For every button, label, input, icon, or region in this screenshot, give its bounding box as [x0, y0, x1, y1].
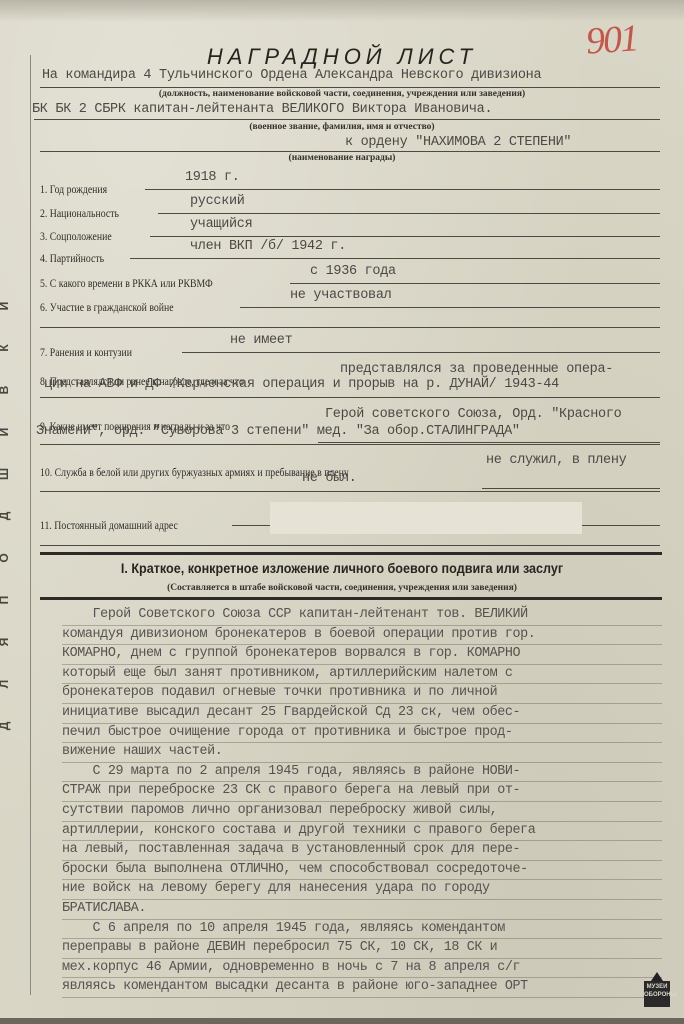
- narrative-line: ние войск на левому берегу для нанесения…: [62, 880, 662, 900]
- rule: [182, 352, 660, 353]
- field-value-continued: не был.: [302, 471, 357, 486]
- section-divider: [40, 552, 662, 555]
- museum-logo-text: МУЗЕИ ОБОРОНЫ: [644, 981, 670, 1007]
- museum-dome-icon: [651, 972, 663, 981]
- rule: [158, 213, 660, 214]
- narrative-line: командуя дивизионом бронекатеров в боево…: [62, 626, 662, 646]
- rule: [240, 307, 660, 308]
- field-value: с 1936 года: [310, 264, 396, 279]
- field-value: Герой советского Союза, Орд. "Красного: [325, 407, 621, 422]
- rule: [40, 545, 660, 546]
- field-label: 1. Год рождения: [40, 184, 107, 196]
- document-title: НАГРАДНОЙ ЛИСТ: [0, 44, 684, 70]
- field-label: 5. С какого времени в РККА или РКВМФ: [40, 278, 213, 290]
- narrative-line: броски была выполнена ОТЛИЧНО, чем спосо…: [62, 861, 662, 881]
- narrative-line: Герой Советского Союза ССР капитан-лейте…: [62, 606, 662, 626]
- field-label: 7. Ранения и контузии: [40, 347, 132, 359]
- field-label: 4. Партийность: [40, 253, 104, 265]
- field-label: 3. Соцположение: [40, 231, 112, 243]
- award-caption: (наименование награды): [0, 153, 684, 163]
- name-line: БК БК 2 СБРК капитан-лейтенанта ВЕЛИКОГО…: [32, 102, 492, 117]
- margin-letter: И: [0, 296, 39, 316]
- field-value-continued: ции на АВФ и ДФ /Керченская операция и п…: [44, 377, 559, 392]
- award-line: к ордену "НАХИМОВА 2 СТЕПЕНИ": [345, 135, 571, 150]
- page-bottom-edge: [0, 1018, 684, 1024]
- margin-letter: П: [0, 590, 39, 610]
- rule: [482, 488, 660, 489]
- margin-letter: Ш: [0, 464, 39, 484]
- narrative-line: КОМАРНО, днем с группой бронекатеров вор…: [62, 645, 662, 665]
- margin-letter: И: [0, 422, 39, 442]
- field-value: не участвовал: [290, 288, 391, 303]
- narrative-line: мех.корпус 46 Армии, одновременно в ночь…: [62, 959, 662, 979]
- narrative-line: С 6 апреля по 10 апреля 1945 года, являя…: [62, 920, 662, 940]
- margin-letter: Л: [0, 674, 39, 694]
- narrative-line: С 29 марта по 2 апреля 1945 года, являяс…: [62, 763, 662, 783]
- field-value: учащийся: [190, 217, 252, 232]
- narrative-line: СТРАЖ при переброске 23 СК с правого бер…: [62, 782, 662, 802]
- field-value: не имеет: [230, 333, 292, 348]
- museum-logo: МУЗЕИ ОБОРОНЫ: [640, 972, 674, 1016]
- margin-letter: К: [0, 338, 39, 358]
- margin-letter: Я: [0, 632, 39, 652]
- rule: [40, 327, 660, 328]
- rule: [150, 236, 660, 237]
- rule: [290, 283, 660, 284]
- rule: [40, 444, 660, 445]
- narrative-line: бронекатеров подавил огневые точки проти…: [62, 684, 662, 704]
- narrative-line: переправы в районе ДЕВИН перебросил 75 С…: [62, 939, 662, 959]
- narrative-line: инициативе высадил десант 25 Гвардейской…: [62, 704, 662, 724]
- narrative-line: являясь комендантом высадки десанта в ра…: [62, 978, 662, 998]
- name-caption: (военное звание, фамилия, имя и отчество…: [0, 122, 684, 132]
- margin-letter: В: [0, 380, 39, 400]
- rule: [318, 442, 660, 443]
- rule: [40, 87, 660, 88]
- rule: [40, 491, 660, 492]
- narrative-line: вижение наших частей.: [62, 743, 662, 763]
- rule: [40, 397, 660, 398]
- narrative-line: БРАТИСЛАВА.: [62, 900, 662, 920]
- redacted-address: [270, 502, 582, 534]
- field-label: 6. Участие в гражданской войне: [40, 302, 174, 314]
- margin-letter: Д: [0, 506, 39, 526]
- field-value: не служил, в плену: [486, 453, 626, 468]
- narrative-line: который еще был занят противником, артил…: [62, 665, 662, 685]
- field-label: 2. Национальность: [40, 208, 119, 220]
- section-title: I. Краткое, конкретное изложение личного…: [34, 560, 650, 576]
- margin-vertical-text: ИКВИШДОПЯЛД: [8, 285, 28, 747]
- narrative-line: сутствии паромов лично организовал переб…: [62, 802, 662, 822]
- rule: [130, 258, 660, 259]
- narrative-line: артиллерии, конского состава и другой те…: [62, 822, 662, 842]
- narrative-text: Герой Советского Союза ССР капитан-лейте…: [62, 606, 662, 998]
- field-value: член ВКП /б/ 1942 г.: [190, 239, 346, 254]
- field-value: русский: [190, 194, 245, 209]
- field-value: представлялся за проведенные опера-: [340, 362, 613, 377]
- rule: [145, 189, 660, 190]
- narrative-line: печил быстрое очищение города от противн…: [62, 724, 662, 744]
- margin-letter: Д: [0, 716, 39, 736]
- field-label: 11. Постоянный домашний адрес: [40, 520, 178, 532]
- position-line: На командира 4 Тульчинского Ордена Алекс…: [42, 68, 541, 83]
- section-caption: (Составляется в штабе войсковой части, с…: [0, 583, 684, 593]
- section-divider: [40, 597, 662, 600]
- position-caption: (должность, наименование войсковой части…: [0, 89, 684, 99]
- narrative-line: на левый, поставленная задача в установл…: [62, 841, 662, 861]
- margin-letter: О: [0, 548, 39, 568]
- rule: [34, 119, 660, 120]
- rule: [40, 151, 660, 152]
- field-value-continued: Знамени", орд. "Суворова 3 степени" мед.…: [36, 424, 520, 439]
- field-value: 1918 г.: [185, 170, 240, 185]
- page-top-shadow: [0, 0, 684, 22]
